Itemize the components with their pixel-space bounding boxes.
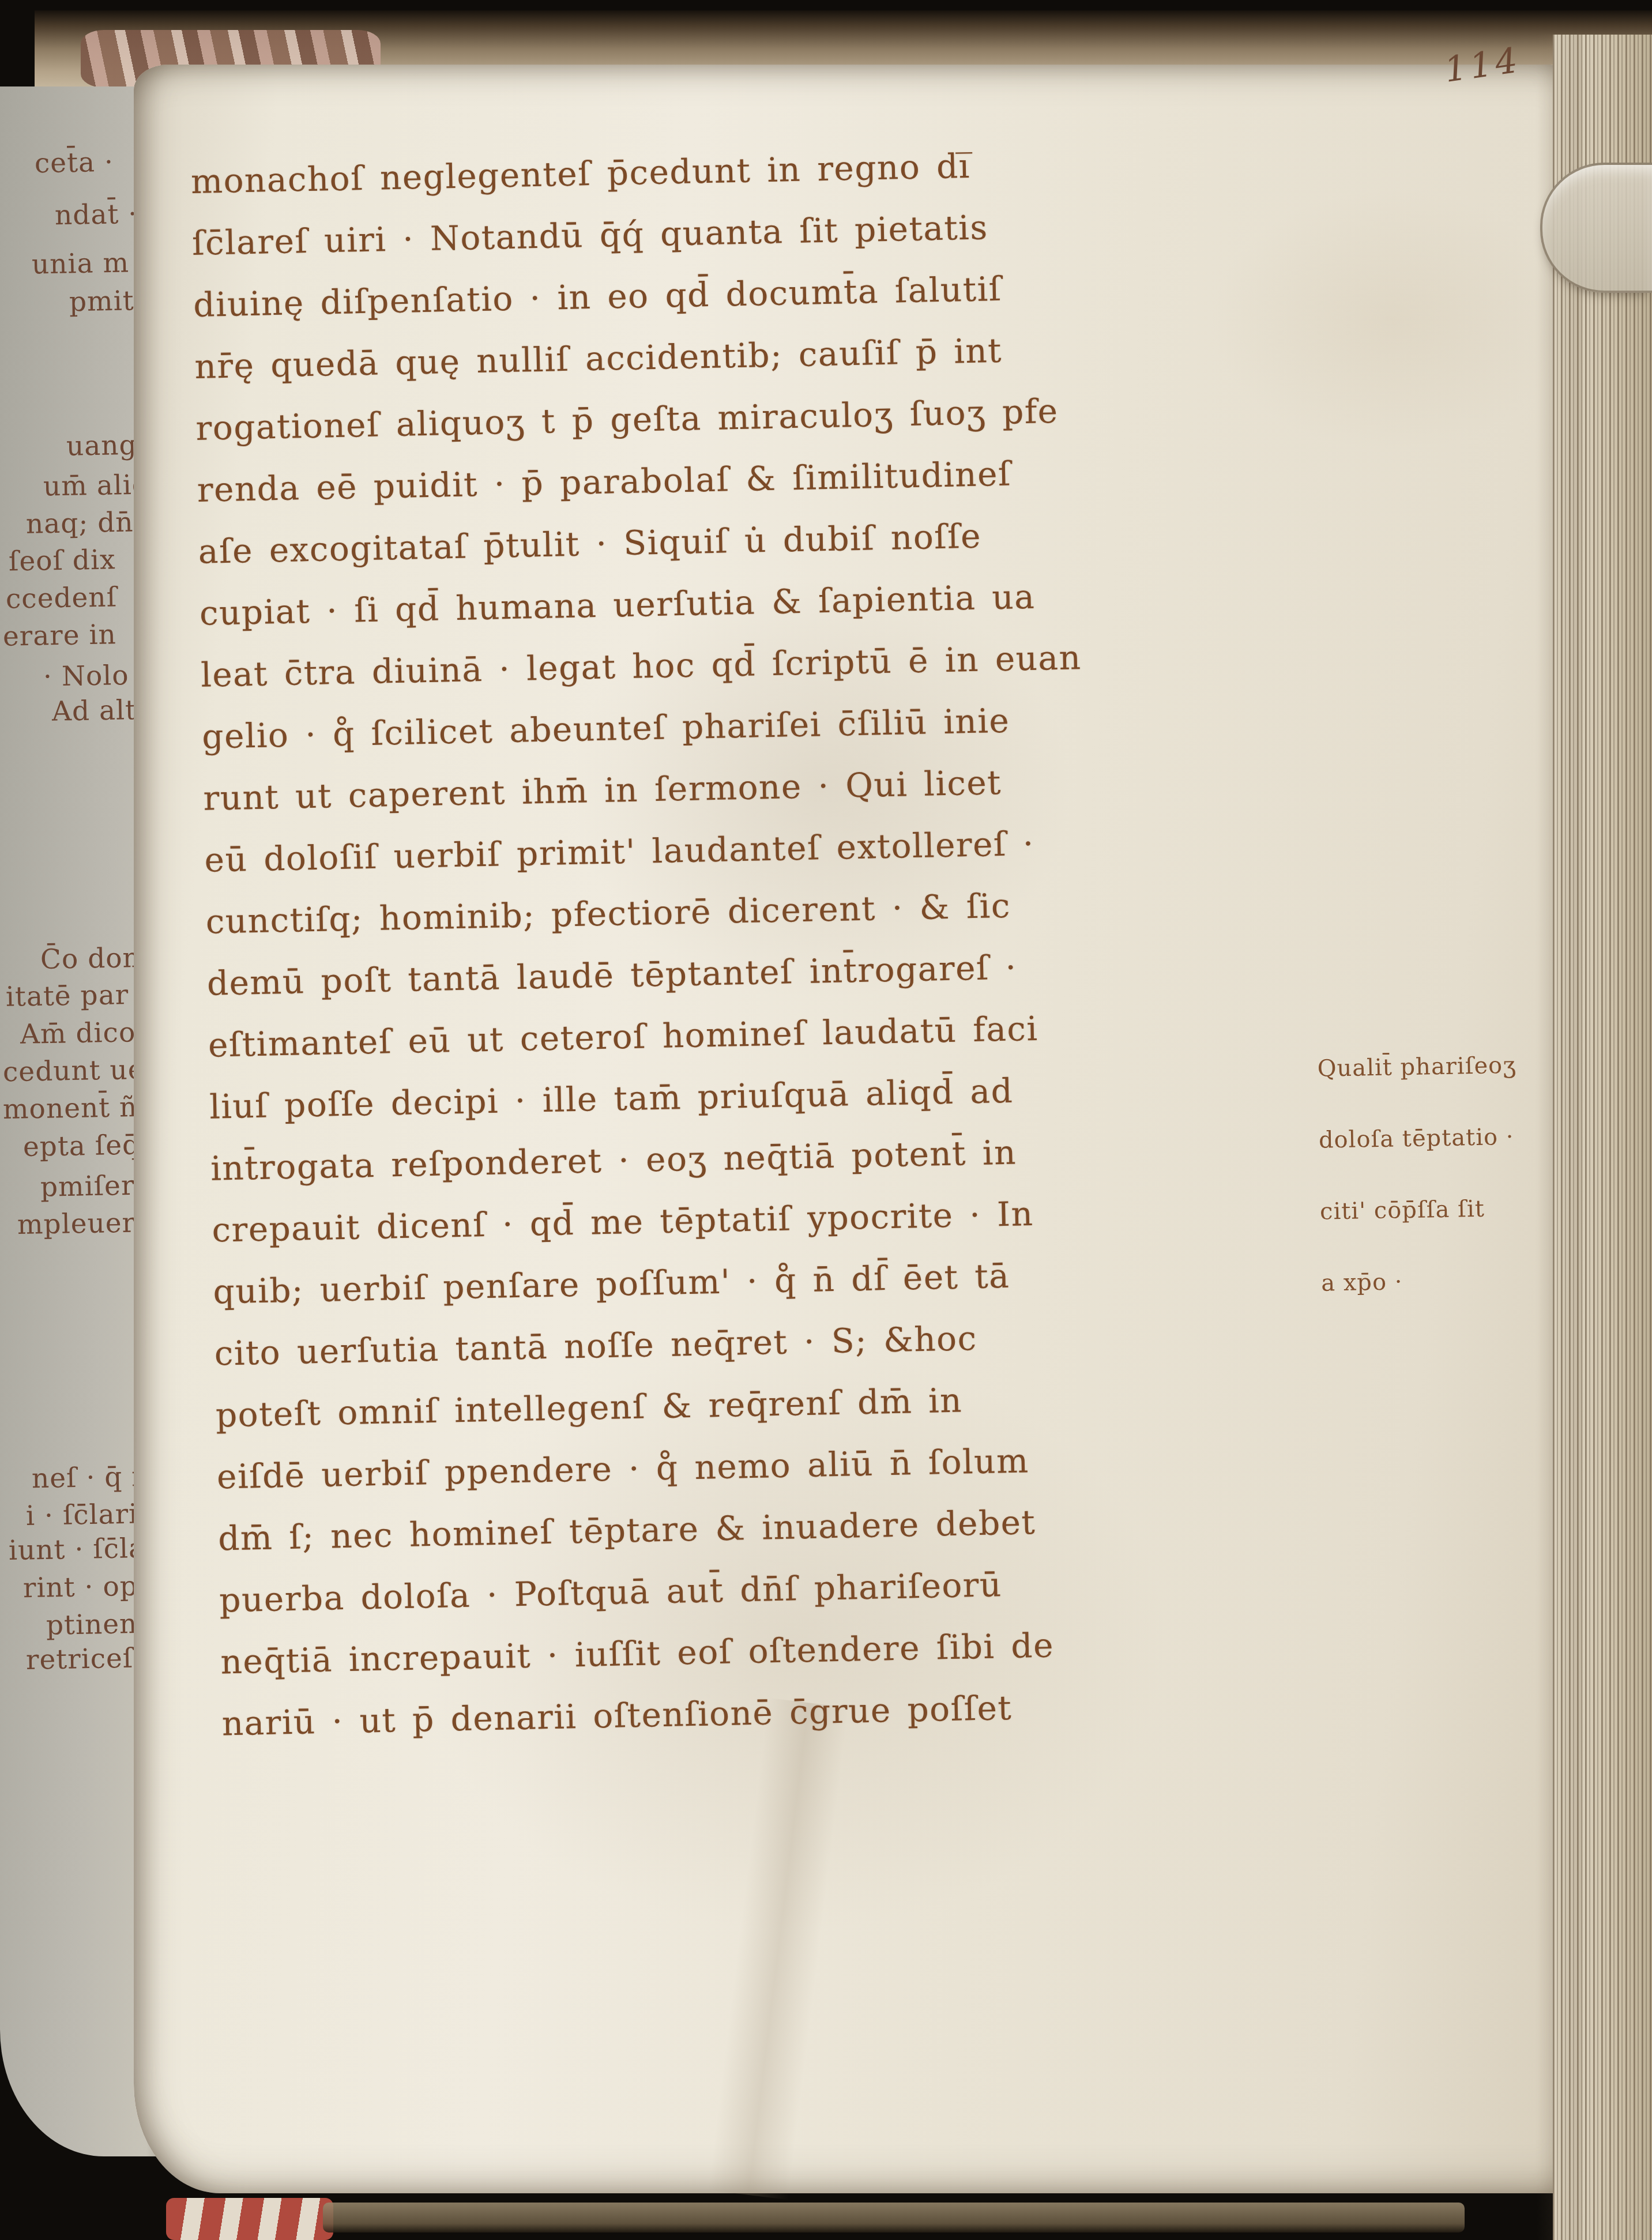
margin-note-line: doloſa tēptatio ·: [1318, 1100, 1567, 1176]
margin-note-line: citi' cōp̄ſſa ſit: [1319, 1172, 1568, 1247]
previous-page-fragment: cedunt ue: [3, 1054, 145, 1088]
previous-page-fragment: unia m: [32, 247, 130, 281]
main-text-block: monachoſ neglegenteſ p̄cedunt in regno d…: [190, 129, 1352, 1755]
previous-page-fragment: Am̄ dico: [20, 1017, 136, 1050]
manuscript-photo: { "document": { "page_number": "114" }, …: [0, 0, 1652, 2240]
previous-page-fragment: ccedenſ: [6, 581, 118, 615]
margin-note-line: Qualit̄ phariſeoʒ: [1317, 1029, 1566, 1104]
margin-note: Qualit̄ phariſeoʒdoloſa tēptatio ·citi' …: [1317, 1029, 1570, 1319]
previous-page-fragment: · Nolo ·: [43, 659, 148, 692]
previous-page-fragment: cet̄a ·: [35, 146, 114, 179]
previous-page-fragment: itatē par: [6, 979, 129, 1013]
previous-page-fragment: naq; dn̄ſ: [26, 506, 145, 540]
endband-bottom: [166, 2198, 333, 2240]
previous-page-fragment: iunt · ſc̄la: [9, 1533, 146, 1567]
margin-note-line: a xp̄o ·: [1320, 1243, 1570, 1319]
previous-page-fragment: monent̄ ñ: [3, 1091, 138, 1125]
previous-page-fragment: erare in: [3, 619, 117, 652]
book-tail-edge: [323, 2203, 1465, 2233]
previous-page-fragment: retriceſ ·: [26, 1642, 152, 1676]
previous-page-fragment: ndat̄ ·: [55, 198, 138, 231]
previous-page-fragment: ſeoſ dix: [9, 544, 116, 577]
